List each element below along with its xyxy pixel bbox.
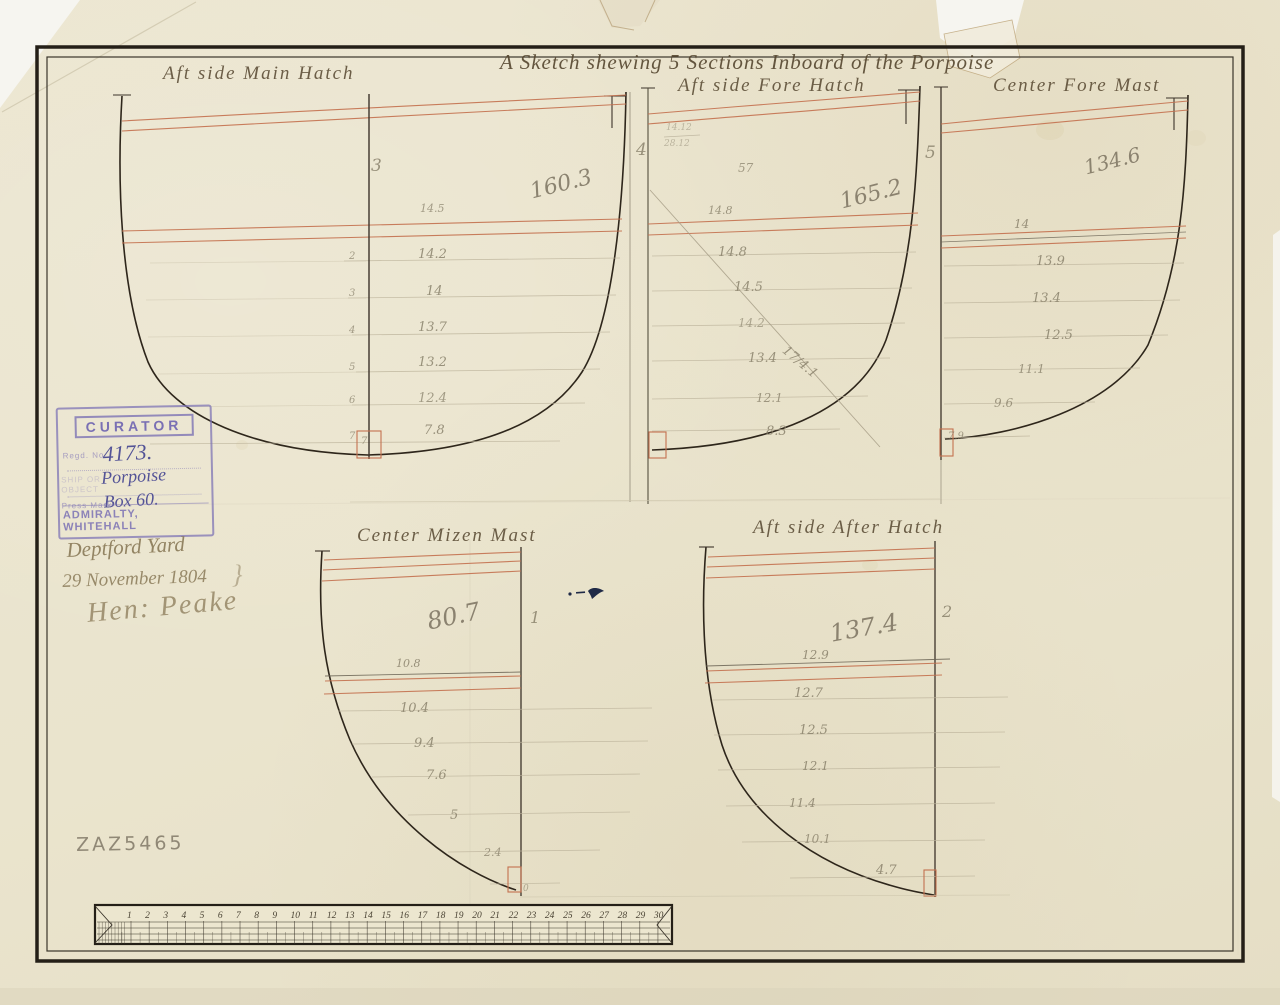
scale-number: 14 bbox=[363, 911, 373, 921]
scale-number: 17 bbox=[418, 911, 429, 921]
scale-number: 30 bbox=[653, 911, 664, 921]
scale-number: 4 bbox=[182, 911, 187, 921]
measurement-value: 9.4 bbox=[414, 737, 435, 750]
hull-outline bbox=[652, 86, 920, 450]
measurement-value: 12.4 bbox=[418, 392, 447, 405]
station-number: 4 bbox=[636, 142, 647, 159]
pencil-note: 28.12 bbox=[664, 140, 690, 149]
scale-number: 10 bbox=[291, 911, 301, 921]
hull-outline bbox=[120, 92, 626, 455]
section-label-main-hatch: Aft side Main Hatch bbox=[163, 64, 355, 83]
stamp-regd-value: 4173. bbox=[102, 439, 153, 468]
diagonal-pencil-line bbox=[650, 190, 880, 447]
hull-outline bbox=[321, 551, 516, 890]
scale-number: 22 bbox=[509, 911, 519, 921]
scale-number: 13 bbox=[345, 911, 355, 921]
scale-bar: 1234567891011121314151617181920212223242… bbox=[95, 905, 672, 944]
scale-number: 19 bbox=[454, 911, 464, 921]
stamp-footer: ADMIRALTY, WHITEHALL bbox=[63, 502, 210, 533]
station-number: 2 bbox=[942, 604, 952, 620]
pencil-note: 14.12 bbox=[666, 124, 692, 133]
measurement-value: 12.5 bbox=[799, 724, 828, 737]
measurement-value: 10.8 bbox=[396, 658, 421, 669]
scale-number: 6 bbox=[218, 911, 223, 921]
measurement-value: 11.1 bbox=[1018, 363, 1045, 375]
measurement-value: 2.4 bbox=[484, 847, 502, 858]
measurement-value: 14.5 bbox=[420, 203, 445, 214]
scale-number: 29 bbox=[636, 911, 646, 921]
measurement-value: 13.7 bbox=[418, 321, 447, 334]
gridlines bbox=[146, 258, 620, 444]
scale-number: 12 bbox=[327, 911, 337, 921]
ink-blot bbox=[568, 588, 604, 599]
measurement-value: 14.5 bbox=[734, 281, 763, 294]
scale-number: 23 bbox=[527, 911, 537, 921]
scale-number: 20 bbox=[472, 911, 482, 921]
measurement-value: 8.3 bbox=[766, 425, 787, 438]
measurement-value: 14 bbox=[426, 285, 443, 298]
measurement-value: 7.6 bbox=[426, 769, 447, 782]
stamp-regd-label: Regd. No. bbox=[63, 451, 108, 461]
measurement-value: 12.7 bbox=[794, 687, 823, 700]
scale-number: 18 bbox=[436, 911, 446, 921]
section-label-after-hatch: Aft side After Hatch bbox=[753, 518, 944, 537]
date-line: 29 November 1804 bbox=[62, 567, 207, 591]
measurement-value: 9.6 bbox=[994, 397, 1013, 409]
scale-number: 27 bbox=[599, 911, 610, 921]
measurement-value: 14.2 bbox=[738, 317, 765, 329]
section-after-hatch bbox=[699, 541, 1008, 897]
scale-number: 24 bbox=[545, 911, 555, 921]
scale-number: 25 bbox=[563, 911, 573, 921]
depth-mark: 3 bbox=[349, 289, 355, 299]
deck-lines-red bbox=[648, 92, 920, 235]
scale-number: 9 bbox=[272, 911, 277, 921]
station-number: 5 bbox=[925, 145, 936, 162]
measurement-value: 12.5 bbox=[1044, 329, 1073, 342]
stamp-ship-value: Porpoise bbox=[101, 464, 167, 489]
curator-stamp: CURATOR Regd. No. 4173. SHIP OR OBJECT P… bbox=[56, 404, 215, 539]
scale-number: 26 bbox=[581, 911, 591, 921]
stamp-ship-label: OBJECT bbox=[61, 485, 99, 495]
measurement-value: 14 bbox=[1014, 218, 1029, 230]
measurement-value: 13.4 bbox=[748, 352, 777, 365]
scale-number: 8 bbox=[254, 911, 259, 921]
measurement-value: 10.1 bbox=[804, 833, 831, 845]
measurement-value: 7.8 bbox=[424, 424, 445, 437]
depth-mark: 5 bbox=[349, 363, 355, 373]
measurement-value: 14.8 bbox=[718, 246, 747, 259]
measurement-value: 12.9 bbox=[802, 649, 829, 661]
scale-number: 3 bbox=[162, 911, 168, 921]
measurement-value: 12.1 bbox=[802, 760, 829, 772]
measurement-value: 5 bbox=[450, 809, 458, 822]
measurement-value: 13.9 bbox=[1036, 255, 1065, 268]
scale-number: 1 bbox=[127, 911, 132, 921]
mast-step-red bbox=[649, 432, 666, 458]
measurement-value: 14.8 bbox=[708, 205, 733, 216]
scale-number: 28 bbox=[618, 911, 628, 921]
scale-number: 11 bbox=[309, 911, 318, 921]
measurement-value: 12.1 bbox=[756, 392, 783, 404]
depth-mark: 4 bbox=[349, 326, 355, 336]
measurement-value: 13.2 bbox=[418, 356, 447, 369]
depth-mark: 6 bbox=[349, 396, 355, 406]
deck-lines-red bbox=[941, 101, 1188, 248]
gridlines bbox=[712, 697, 1008, 878]
measurement-value: 4.7 bbox=[876, 864, 897, 877]
measurement-value: 14.2 bbox=[418, 248, 447, 261]
section-label-fore-mast: Center Fore Mast bbox=[993, 76, 1160, 95]
depth-mark: 2 bbox=[349, 252, 355, 262]
scale-number: 2 bbox=[145, 911, 150, 921]
scale-number: 5 bbox=[200, 911, 205, 921]
hull-outline bbox=[945, 95, 1188, 439]
section-fore-mast bbox=[934, 87, 1188, 504]
section-label-fore-hatch: Aft side Fore Hatch bbox=[678, 76, 866, 95]
keel-digit: 0 bbox=[523, 885, 529, 894]
measurement-value: 10.4 bbox=[400, 702, 429, 715]
drawing-title: A Sketch shewing 5 Sections Inboard of t… bbox=[500, 52, 994, 73]
mast-step-red bbox=[924, 870, 936, 896]
measurement-value: 7.9 bbox=[948, 432, 964, 442]
stamp-header: CURATOR bbox=[74, 414, 193, 438]
scale-number: 15 bbox=[381, 911, 391, 921]
pencil-note: 57 bbox=[738, 162, 753, 174]
depth-mark: 7 bbox=[349, 432, 355, 442]
scale-number: 16 bbox=[400, 911, 410, 921]
section-label-mizen-mast: Center Mizen Mast bbox=[357, 526, 537, 545]
gridlines bbox=[652, 252, 916, 431]
archive-mark: ZAZ5465 bbox=[76, 834, 185, 855]
measurement-value: 13.4 bbox=[1032, 292, 1061, 305]
stamp-ship-label: SHIP OR bbox=[61, 475, 101, 485]
station-number: 1 bbox=[530, 610, 540, 626]
station-number: 3 bbox=[371, 158, 382, 175]
scanned-ship-plan: 1234567891011121314151617181920212223242… bbox=[0, 0, 1280, 1005]
scale-number: 21 bbox=[490, 911, 500, 921]
mast-step-digit: 7 bbox=[361, 437, 367, 447]
section-mizen-mast bbox=[315, 547, 652, 896]
measurement-value: 11.4 bbox=[789, 797, 816, 809]
